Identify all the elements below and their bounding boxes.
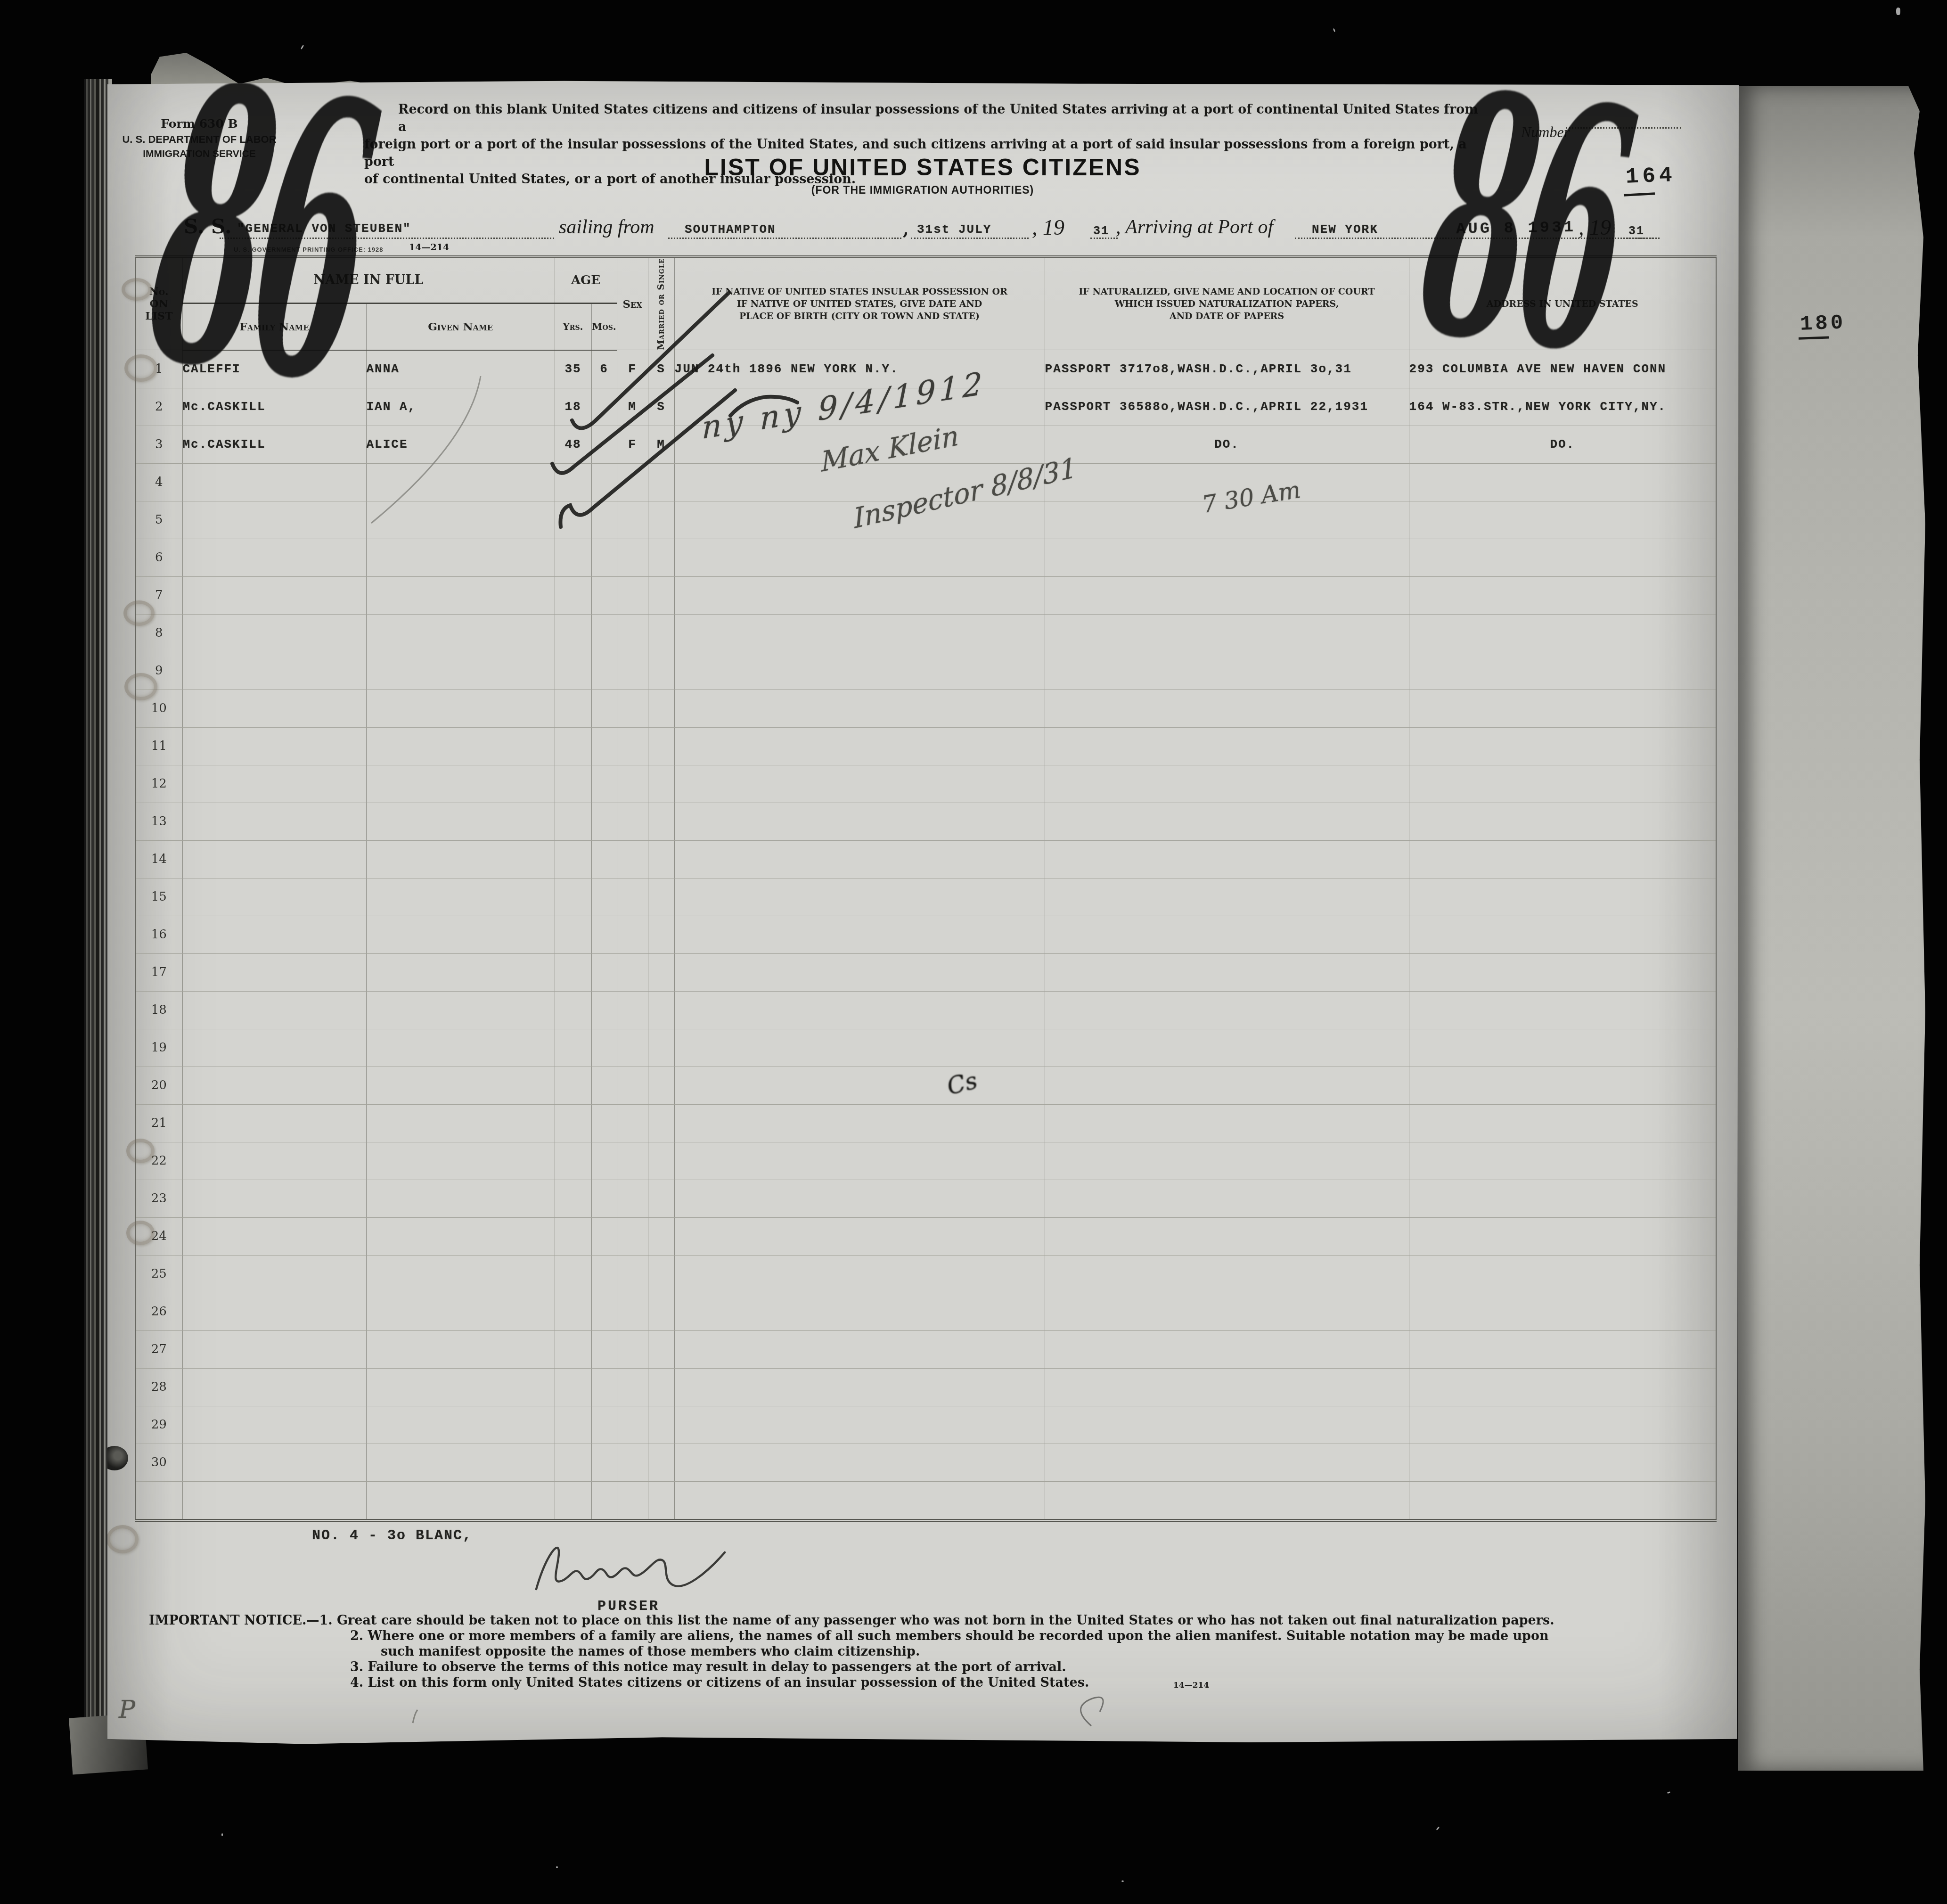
- cell-yrs: [555, 1255, 591, 1293]
- cell-mos: [591, 765, 617, 803]
- cell-yrs: [555, 991, 591, 1029]
- cell-naturalization: [1045, 1481, 1409, 1520]
- cell-yrs: [555, 1067, 591, 1104]
- cell-sex: [617, 1029, 648, 1067]
- cell-address: [1409, 916, 1716, 953]
- header-yrs: Yrs.: [555, 303, 591, 350]
- cell-address: [1409, 1255, 1716, 1293]
- cell-no: 15: [135, 878, 182, 916]
- cell-no: 19: [135, 1029, 182, 1067]
- cell-given: [366, 727, 555, 765]
- manifest-row: 21: [135, 1104, 1716, 1142]
- cell-marital: [648, 803, 674, 840]
- cell-no: 21: [135, 1104, 182, 1142]
- cell-mos: [591, 1142, 617, 1180]
- cell-mos: [591, 916, 617, 953]
- cell-mos: [591, 1330, 617, 1368]
- cell-no: 25: [135, 1255, 182, 1293]
- sailing-year-line: [1090, 238, 1118, 239]
- manifest-row: 30: [135, 1444, 1716, 1481]
- cell-mos: [591, 1217, 617, 1255]
- cell-marital: [648, 1368, 674, 1406]
- cell-given: [366, 1444, 555, 1481]
- cell-yrs: 35: [555, 350, 591, 388]
- cell-birth: [674, 1029, 1045, 1067]
- cell-yrs: [555, 1481, 591, 1520]
- cell-given: [366, 539, 555, 576]
- cell-address: [1409, 501, 1716, 539]
- cell-sex: [617, 1104, 648, 1142]
- cell-mos: [591, 1104, 617, 1142]
- cell-marital: S: [648, 388, 674, 426]
- cell-mos: [591, 1406, 617, 1444]
- purser-label: PURSER: [597, 1599, 660, 1615]
- cell-mos: [591, 501, 617, 539]
- cell-given: ANNA: [366, 350, 555, 388]
- cell-naturalization: [1045, 991, 1409, 1029]
- cell-birth: [674, 1180, 1045, 1217]
- cell-naturalization: [1045, 953, 1409, 991]
- cell-given: [366, 1330, 555, 1368]
- manifest-row: 22: [135, 1142, 1716, 1180]
- cell-sex: [617, 1368, 648, 1406]
- cell-naturalization: [1045, 1104, 1409, 1142]
- page-number-stamp: 164: [1625, 163, 1677, 189]
- cell-mos: [591, 388, 617, 426]
- cell-sex: [617, 840, 648, 878]
- cell-yrs: [555, 953, 591, 991]
- cell-birth: [674, 614, 1045, 652]
- cell-sex: M: [617, 388, 648, 426]
- cell-family: [182, 539, 366, 576]
- manifest-row: 28: [135, 1368, 1716, 1406]
- cell-no: 16: [135, 916, 182, 953]
- cell-family: [182, 1217, 366, 1255]
- cell-address: [1409, 991, 1716, 1029]
- cell-yrs: [555, 878, 591, 916]
- cell-address: [1409, 1406, 1716, 1444]
- cell-naturalization: [1045, 689, 1409, 727]
- cell-address: [1409, 689, 1716, 727]
- cell-sex: [617, 765, 648, 803]
- cell-yrs: [555, 765, 591, 803]
- cell-yrs: [555, 1104, 591, 1142]
- cell-sex: [617, 727, 648, 765]
- cell-mos: [591, 878, 617, 916]
- cell-marital: [648, 1255, 674, 1293]
- cell-family: [182, 652, 366, 689]
- page-subtitle: (FOR THE IMMIGRATION AUTHORITIES): [364, 184, 1481, 197]
- cell-yrs: [555, 614, 591, 652]
- cell-mos: [591, 1067, 617, 1104]
- cell-yrs: [555, 463, 591, 501]
- cell-address: [1409, 1217, 1716, 1255]
- cell-marital: [648, 1330, 674, 1368]
- cell-family: [182, 576, 366, 614]
- cell-sex: [617, 1330, 648, 1368]
- cell-mos: [591, 727, 617, 765]
- pencil-letter-mark: P: [119, 1696, 135, 1724]
- cell-address: [1409, 1104, 1716, 1142]
- cell-address: [1409, 727, 1716, 765]
- cell-sex: [617, 614, 648, 652]
- manifest-row: 29: [135, 1406, 1716, 1444]
- cell-yrs: [555, 916, 591, 953]
- cell-sex: [617, 1444, 648, 1481]
- sheet-number-right: 86: [1414, 84, 1635, 363]
- cell-marital: [648, 614, 674, 652]
- arrival-year-line: [1624, 238, 1660, 239]
- important-notice-line2: 2. Where one or more members of a family…: [350, 1628, 1549, 1644]
- cell-no: 29: [135, 1406, 182, 1444]
- cell-birth: [674, 539, 1045, 576]
- cell-given: [366, 916, 555, 953]
- cell-address: [1409, 1180, 1716, 1217]
- cell-birth: [674, 803, 1045, 840]
- cell-sex: [617, 1142, 648, 1180]
- cell-mos: [591, 840, 617, 878]
- manifest-row: 23: [135, 1180, 1716, 1217]
- cell-mos: [591, 576, 617, 614]
- cell-birth: [674, 1255, 1045, 1293]
- cell-no: 17: [135, 953, 182, 991]
- hole-punch-stain: [122, 278, 152, 301]
- header-naturalization: IF NATURALIZED, GIVE NAME AND LOCATION O…: [1045, 257, 1409, 350]
- cell-given: [366, 1067, 555, 1104]
- cell-no: 13: [135, 803, 182, 840]
- cell-mos: [591, 463, 617, 501]
- cell-marital: [648, 1067, 674, 1104]
- cell-given: [366, 1368, 555, 1406]
- cell-marital: [648, 840, 674, 878]
- cell-address: [1409, 1481, 1716, 1520]
- cell-family: [182, 803, 366, 840]
- cell-birth: [674, 652, 1045, 689]
- cell-naturalization: [1045, 1255, 1409, 1293]
- cell-given: [366, 953, 555, 991]
- cell-birth: [674, 576, 1045, 614]
- cell-yrs: [555, 1293, 591, 1330]
- cell-naturalization: [1045, 727, 1409, 765]
- cell-marital: [648, 463, 674, 501]
- cell-family: [182, 1368, 366, 1406]
- cell-given: [366, 840, 555, 878]
- cell-address: [1409, 1444, 1716, 1481]
- cell-marital: [648, 652, 674, 689]
- cell-yrs: [555, 576, 591, 614]
- cell-birth: [674, 878, 1045, 916]
- cell-family: [182, 501, 366, 539]
- cell-family: [182, 1180, 366, 1217]
- cell-marital: S: [648, 350, 674, 388]
- pencil-tick: [413, 1710, 417, 1723]
- arrival-year: 31: [1628, 224, 1644, 238]
- cell-naturalization: [1045, 614, 1409, 652]
- manifest-row: [135, 1481, 1716, 1520]
- cell-birth: [674, 1406, 1045, 1444]
- cell-birth: [674, 1293, 1045, 1330]
- cell-birth: [674, 765, 1045, 803]
- cell-address: DO.: [1409, 426, 1716, 463]
- cell-marital: [648, 1293, 674, 1330]
- cell-sex: [617, 1180, 648, 1217]
- header-age: AGE: [555, 257, 617, 303]
- cell-given: [366, 463, 555, 501]
- cell-given: [366, 652, 555, 689]
- cell-mos: [591, 1255, 617, 1293]
- cell-mos: [591, 1481, 617, 1520]
- cell-mos: [591, 614, 617, 652]
- cell-given: [366, 1029, 555, 1067]
- manifest-row: 26: [135, 1293, 1716, 1330]
- cell-birth: [674, 840, 1045, 878]
- cell-mos: [591, 991, 617, 1029]
- cell-given: [366, 576, 555, 614]
- adjacent-page-number-stamp: 180: [1800, 311, 1846, 336]
- cell-no: 20: [135, 1067, 182, 1104]
- cell-no: 12: [135, 765, 182, 803]
- cell-mos: [591, 1293, 617, 1330]
- manifest-page: Form 630 B U. S. DEPARTMENT OF LABOR IMM…: [107, 80, 1739, 1746]
- cell-naturalization: [1045, 576, 1409, 614]
- cell-address: [1409, 539, 1716, 576]
- arriving-label: , Arriving at Port of: [1116, 216, 1273, 238]
- cell-marital: [648, 501, 674, 539]
- cell-sex: [617, 576, 648, 614]
- cell-family: [182, 1029, 366, 1067]
- cell-birth: JUN 24th 1896 NEW YORK N.Y.: [674, 350, 1045, 388]
- cell-birth: [674, 727, 1045, 765]
- cell-mos: [591, 1029, 617, 1067]
- cell-given: [366, 1293, 555, 1330]
- sailing-date-line: [911, 238, 1029, 239]
- cell-naturalization: [1045, 1293, 1409, 1330]
- cell-marital: [648, 1217, 674, 1255]
- cell-marital: [648, 765, 674, 803]
- cell-birth: [674, 1481, 1045, 1520]
- adjacent-sheet: 180: [1738, 86, 1927, 1771]
- cell-family: [182, 878, 366, 916]
- cell-yrs: [555, 1330, 591, 1368]
- cell-family: [182, 1406, 366, 1444]
- cell-birth: [674, 953, 1045, 991]
- cell-naturalization: [1045, 1330, 1409, 1368]
- cell-yrs: [555, 803, 591, 840]
- cell-yrs: [555, 1406, 591, 1444]
- cell-yrs: [555, 1217, 591, 1255]
- cell-birth: [674, 1330, 1045, 1368]
- header-birth: IF NATIVE OF UNITED STATES INSULAR POSSE…: [674, 257, 1045, 350]
- cell-sex: F: [617, 426, 648, 463]
- cell-sex: F: [617, 350, 648, 388]
- cell-marital: [648, 1029, 674, 1067]
- cell-no: 4: [135, 463, 182, 501]
- cell-family: [182, 727, 366, 765]
- cell-address: [1409, 840, 1716, 878]
- cell-naturalization: [1045, 840, 1409, 878]
- header-married-single: Married or Single: [648, 257, 674, 350]
- cell-naturalization: [1045, 803, 1409, 840]
- cell-birth: [674, 1104, 1045, 1142]
- cell-mos: 6: [591, 350, 617, 388]
- cell-yrs: 48: [555, 426, 591, 463]
- cell-sex: [617, 539, 648, 576]
- arrival-port: NEW YORK: [1312, 222, 1378, 237]
- cell-yrs: [555, 1029, 591, 1067]
- cell-no: 26: [135, 1293, 182, 1330]
- cell-address: [1409, 576, 1716, 614]
- cell-given: [366, 1255, 555, 1293]
- form-code-top: 14—214: [409, 242, 449, 253]
- cell-given: [366, 689, 555, 727]
- cell-sex: [617, 1293, 648, 1330]
- hole-punch-stain: [124, 354, 157, 382]
- cell-no: 23: [135, 1180, 182, 1217]
- cell-address: [1409, 1330, 1716, 1368]
- sailing-port-line: [668, 238, 901, 239]
- form-code-bottom: 14—214: [1173, 1681, 1209, 1690]
- page-number-underline: [1624, 192, 1655, 196]
- cell-yrs: [555, 1180, 591, 1217]
- cell-no: 28: [135, 1368, 182, 1406]
- manifest-row: 18: [135, 991, 1716, 1029]
- cell-yrs: [555, 501, 591, 539]
- manifest-row: 24: [135, 1217, 1716, 1255]
- manifest-row: 20: [135, 1067, 1716, 1104]
- cell-yrs: [555, 689, 591, 727]
- cell-address: [1409, 652, 1716, 689]
- cell-naturalization: [1045, 1142, 1409, 1180]
- cell-family: [182, 916, 366, 953]
- cell-yrs: [555, 1142, 591, 1180]
- cell-family: [182, 689, 366, 727]
- cell-sex: [617, 1406, 648, 1444]
- cell-address: [1409, 1142, 1716, 1180]
- header-mos: Mos.: [591, 303, 617, 350]
- cell-yrs: [555, 1368, 591, 1406]
- cell-naturalization: [1045, 916, 1409, 953]
- cell-family: [182, 1330, 366, 1368]
- cell-given: [366, 614, 555, 652]
- cell-naturalization: [1045, 1067, 1409, 1104]
- cell-birth: [674, 1067, 1045, 1104]
- cell-marital: [648, 727, 674, 765]
- manifest-row: 7: [135, 576, 1716, 614]
- page-title: LIST OF UNITED STATES CITIZENS: [364, 154, 1481, 181]
- cell-yrs: [555, 652, 591, 689]
- year-printed-1: , 19: [1032, 215, 1064, 240]
- cell-mos: [591, 426, 617, 463]
- cell-yrs: [555, 1444, 591, 1481]
- comma-1: ,: [903, 220, 909, 239]
- header-given-name: Given Name: [366, 303, 555, 350]
- cell-marital: [648, 1406, 674, 1444]
- cell-given: [366, 1406, 555, 1444]
- manifest-row: 11: [135, 727, 1716, 765]
- cell-given: [366, 1180, 555, 1217]
- scanned-background: 180 Form 630 B U. S. DEPARTMENT OF LABOR…: [0, 0, 1947, 1904]
- cell-address: [1409, 953, 1716, 991]
- cell-sex: [617, 1067, 648, 1104]
- cell-family: [182, 1142, 366, 1180]
- cell-sex: [617, 878, 648, 916]
- cell-marital: [648, 991, 674, 1029]
- cell-no: 18: [135, 991, 182, 1029]
- hole-punch-stain: [123, 600, 155, 626]
- cell-address: [1409, 1067, 1716, 1104]
- hole-punch-stain: [106, 1525, 139, 1553]
- cell-mos: [591, 953, 617, 991]
- cell-no: 14: [135, 840, 182, 878]
- cell-marital: [648, 953, 674, 991]
- sheet-number-left: 86: [142, 74, 377, 393]
- cell-birth: [674, 916, 1045, 953]
- manifest-row: 16: [135, 916, 1716, 953]
- cell-address: [1409, 1293, 1716, 1330]
- cell-marital: [648, 1104, 674, 1142]
- cell-family: [182, 765, 366, 803]
- hole-punch-stain: [124, 673, 157, 700]
- cell-given: [366, 878, 555, 916]
- cell-mos: [591, 689, 617, 727]
- cell-address: [1409, 803, 1716, 840]
- cell-mos: [591, 652, 617, 689]
- cell-marital: [648, 576, 674, 614]
- cell-mos: [591, 1180, 617, 1217]
- cell-family: [182, 614, 366, 652]
- cell-naturalization: [1045, 539, 1409, 576]
- cell-family: [182, 953, 366, 991]
- cell-family: [182, 1444, 366, 1481]
- cell-sex: [617, 916, 648, 953]
- cell-given: [366, 991, 555, 1029]
- cell-mos: [591, 1368, 617, 1406]
- cell-family: [182, 1481, 366, 1520]
- cell-yrs: [555, 539, 591, 576]
- cell-marital: [648, 916, 674, 953]
- cell-naturalization: [1045, 1217, 1409, 1255]
- cell-address: [1409, 463, 1716, 501]
- cell-mos: [591, 1444, 617, 1481]
- cell-yrs: 18: [555, 388, 591, 426]
- manifest-row: 17: [135, 953, 1716, 991]
- cell-address: [1409, 1368, 1716, 1406]
- blank-rows-note: NO. 4 - 3o BLANC,: [312, 1528, 472, 1544]
- manifest-row: 9: [135, 652, 1716, 689]
- manifest-row: 25: [135, 1255, 1716, 1293]
- cell-naturalization: DO.: [1045, 426, 1409, 463]
- cell-address: [1409, 614, 1716, 652]
- cell-sex: [617, 1255, 648, 1293]
- manifest-row: 10: [135, 689, 1716, 727]
- cell-sex: [617, 1217, 648, 1255]
- cell-family: [182, 1067, 366, 1104]
- cell-marital: M: [648, 426, 674, 463]
- cell-marital: [648, 539, 674, 576]
- cell-sex: [617, 991, 648, 1029]
- cell-no: 5: [135, 501, 182, 539]
- sailing-date: 31st JULY: [917, 222, 991, 237]
- cell-marital: [648, 689, 674, 727]
- cell-birth: [674, 689, 1045, 727]
- manifest-row: 6: [135, 539, 1716, 576]
- cell-given: [366, 501, 555, 539]
- sailing-from-label: sailing from: [559, 216, 654, 238]
- cell-sex: [617, 803, 648, 840]
- cell-family: [182, 1255, 366, 1293]
- manifest-row: 15: [135, 878, 1716, 916]
- cell-sex: [617, 689, 648, 727]
